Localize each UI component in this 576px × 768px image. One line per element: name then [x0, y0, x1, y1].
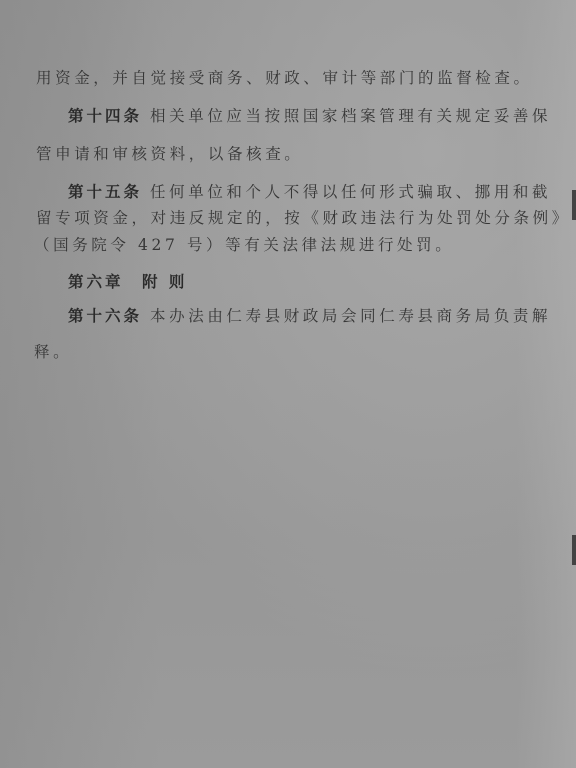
text-line: （国务院令 427 号）等有关法律法规进行处罚。 [34, 235, 454, 255]
text-line: 释。 [34, 342, 72, 362]
article-heading: 第十六条 [68, 306, 142, 325]
chapter-heading: 第六章 附 则 [68, 272, 187, 292]
paragraph-text: 管申请和审核资料，以备核查。 [36, 145, 303, 163]
chapter-title: 第六章 附 则 [68, 272, 187, 291]
paragraph-text: 任何单位和个人不得以任何形式骗取、挪用和截 [150, 183, 551, 201]
text-line: 管申请和审核资料，以备核查。 [36, 144, 303, 164]
paragraph-text: 用资金，并自觉接受商务、财政、审计等部门的监督检查。 [36, 69, 533, 87]
article-15-line: 第十五条任何单位和个人不得以任何形式骗取、挪用和截 [68, 182, 551, 202]
paragraph-text: （国务院令 427 号）等有关法律法规进行处罚。 [34, 236, 454, 254]
text-line: 留专项资金，对违反规定的，按《财政违法行为处罚处分条例》 [36, 208, 571, 228]
article-16-line: 第十六条本办法由仁寿县财政局会同仁寿县商务局负责解 [68, 306, 551, 326]
paragraph-text: 本办法由仁寿县财政局会同仁寿县商务局负责解 [150, 307, 551, 325]
paragraph-text: 相关单位应当按照国家档案管理有关规定妥善保 [150, 107, 551, 125]
article-heading: 第十五条 [68, 182, 142, 201]
document-page: 用资金，并自觉接受商务、财政、审计等部门的监督检查。 第十四条相关单位应当按照国… [0, 0, 576, 768]
text-line: 用资金，并自觉接受商务、财政、审计等部门的监督检查。 [36, 68, 533, 88]
article-heading: 第十四条 [68, 106, 142, 125]
paragraph-text: 释。 [34, 343, 72, 361]
paragraph-text: 留专项资金，对违反规定的，按《财政违法行为处罚处分条例》 [36, 209, 571, 227]
article-14-line: 第十四条相关单位应当按照国家档案管理有关规定妥善保 [68, 106, 551, 126]
